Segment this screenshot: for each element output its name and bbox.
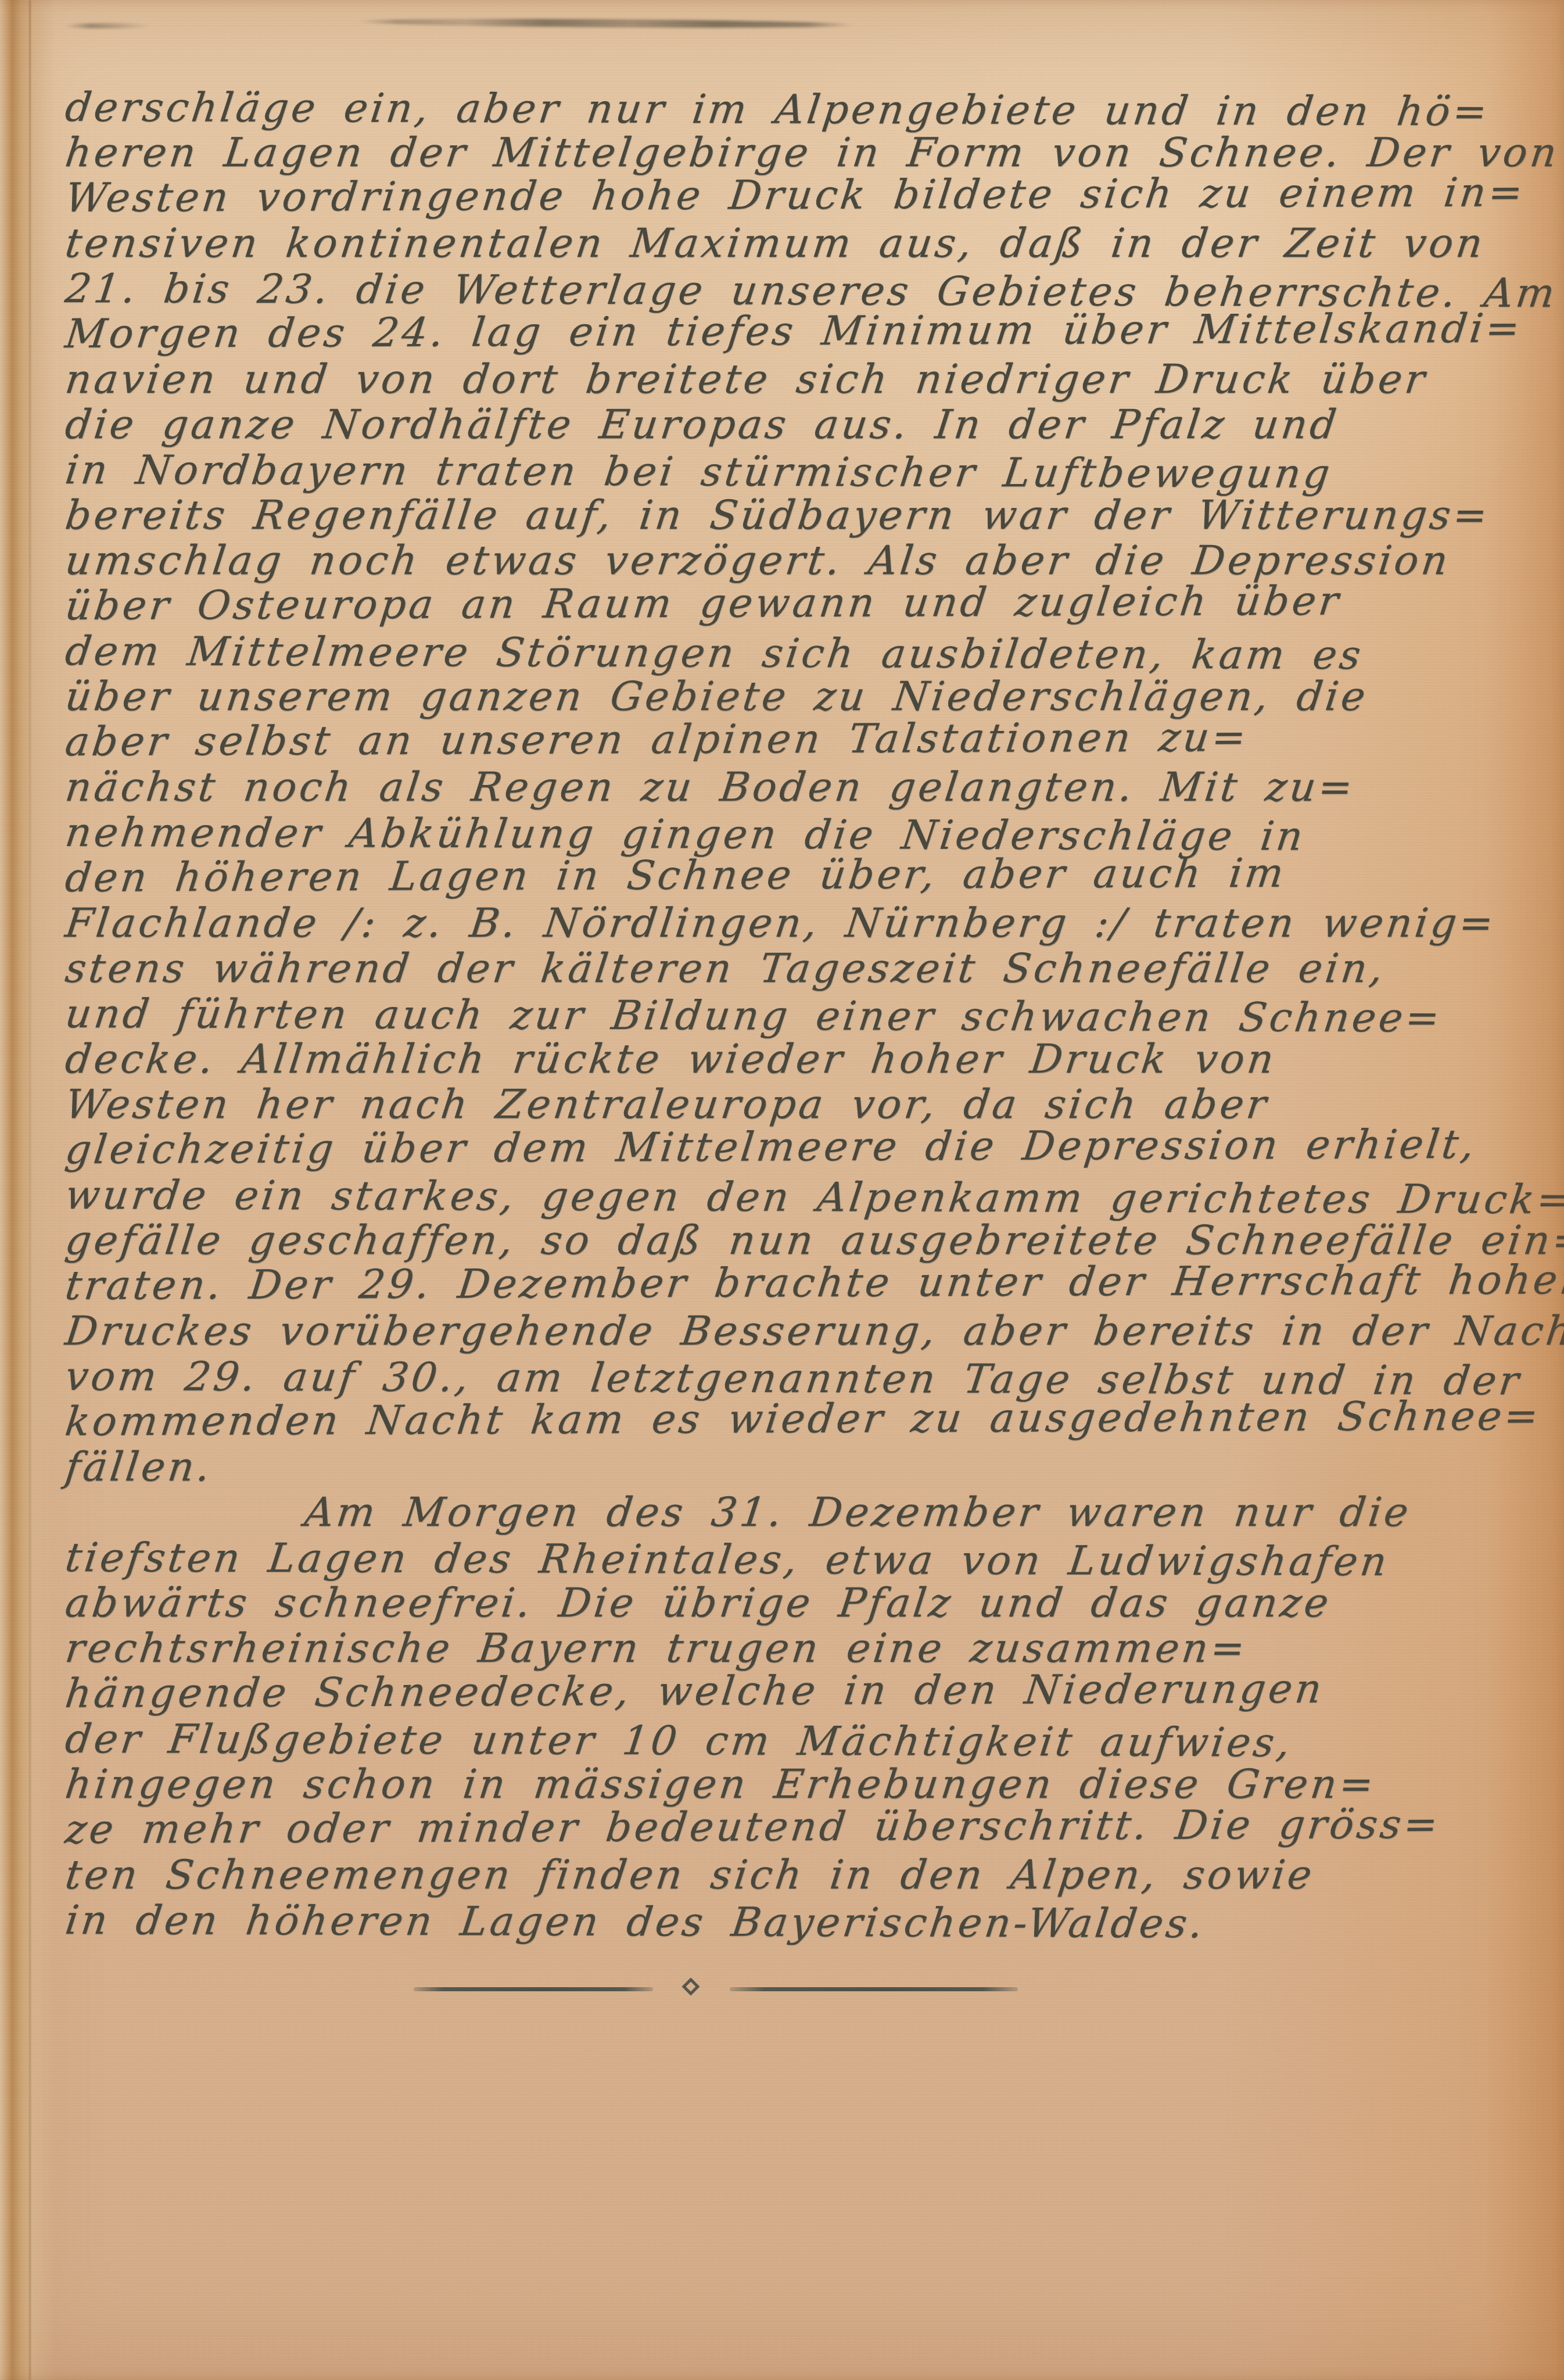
handwritten-line: Flachlande /: z. B. Nördlingen, Nürnberg… — [63, 901, 1440, 946]
handwritten-line: abwärts schneefrei. Die übrige Pfalz und… — [63, 1580, 1440, 1626]
section-divider — [0, 1974, 1564, 2009]
handwritten-line: in den höheren Lagen des Bayerischen-Wal… — [63, 1898, 1439, 1947]
ink-smudge-long — [356, 17, 856, 29]
gutter-crease-line — [29, 0, 31, 2380]
handwritten-line: tensiven kontinentalen Maximum aus, daß … — [63, 221, 1440, 266]
handwritten-line: decke. Allmählich rückte wieder hoher Dr… — [63, 1037, 1440, 1082]
ink-smudge-short — [64, 23, 152, 28]
divider-line-right — [730, 1987, 1018, 1991]
handwritten-line: stens während der kälteren Tageszeit Sch… — [63, 946, 1440, 991]
handwritten-line: Westen vordringende hohe Druck bildete s… — [63, 170, 1440, 221]
handwritten-line: wurde ein starkes, gegen den Alpenkamm g… — [63, 1173, 1439, 1222]
divider-line-left — [414, 1987, 653, 1991]
handwritten-line: gefälle geschaffen, so daß nun ausgebrei… — [63, 1218, 1440, 1263]
handwritten-line: Westen her nach Zentraleuropa vor, da si… — [63, 1082, 1440, 1127]
book-gutter — [0, 0, 56, 2380]
handwritten-line: traten. Der 29. Dezember brachte unter d… — [63, 1258, 1440, 1309]
handwritten-line: fällen. — [63, 1445, 1440, 1490]
handwritten-line: der Flußgebiete unter 10 cm Mächtigkeit … — [63, 1716, 1439, 1766]
handwritten-line: hingegen schon in mässigen Erhebungen di… — [63, 1762, 1440, 1807]
handwritten-line: ten Schneemengen finden sich in den Alpe… — [63, 1852, 1440, 1898]
handwritten-line: tiefsten Lagen des Rheintales, etwa von … — [63, 1535, 1439, 1585]
handwritten-line: in Nordbayern traten bei stürmischer Luf… — [63, 447, 1439, 497]
handwritten-line: hängende Schneedecke, welche in den Nied… — [63, 1666, 1440, 1716]
handwritten-line: aber selbst an unseren alpinen Talstatio… — [63, 714, 1440, 765]
divider-diamond-ornament — [681, 1977, 700, 1995]
handwritten-line: ze mehr oder minder bedeutend überschrit… — [63, 1802, 1440, 1852]
handwritten-line: Druckes vorübergehende Besserung, aber b… — [63, 1309, 1440, 1354]
handwritten-line: über unserem ganzen Gebiete zu Niedersch… — [63, 674, 1440, 719]
handwritten-line: und führten auch zur Bildung einer schwa… — [63, 991, 1439, 1041]
handwritten-line: umschlag noch etwas verzögert. Als aber … — [63, 538, 1440, 583]
handwritten-line: rechtsrheinische Bayern trugen eine zusa… — [63, 1626, 1440, 1671]
handwritten-line: navien und von dort breitete sich niedri… — [63, 357, 1440, 402]
handwritten-line: bereits Regenfälle auf, in Südbayern war… — [63, 493, 1440, 538]
manuscript-page: derschläge ein, aber nur im Alpengebiete… — [0, 0, 1564, 2380]
handwritten-line: dem Mittelmeere Störungen sich ausbildet… — [63, 629, 1439, 678]
handwritten-line: über Osteuropa an Raum gewann und zuglei… — [63, 578, 1440, 629]
handwritten-line: den höheren Lagen in Schnee über, aber a… — [63, 850, 1440, 901]
handwritten-line: Morgen des 24. lag ein tiefes Minimum üb… — [63, 306, 1440, 357]
handwritten-line: kommenden Nacht kam es wieder zu ausgede… — [63, 1394, 1440, 1445]
handwritten-line: nächst noch als Regen zu Boden gelangten… — [63, 765, 1440, 810]
handwritten-line: Am Morgen des 31. Dezember waren nur die — [63, 1490, 1440, 1535]
handwritten-line: gleichzeitig über dem Mittelmeere die De… — [63, 1122, 1440, 1173]
manuscript-text: derschläge ein, aber nur im Alpengebiete… — [63, 85, 1434, 1943]
handwritten-line: heren Lagen der Mittelgebirge in Form vo… — [63, 130, 1440, 175]
handwritten-line: die ganze Nordhälfte Europas aus. In der… — [63, 402, 1440, 447]
handwritten-line: derschläge ein, aber nur im Alpengebiete… — [63, 85, 1439, 134]
